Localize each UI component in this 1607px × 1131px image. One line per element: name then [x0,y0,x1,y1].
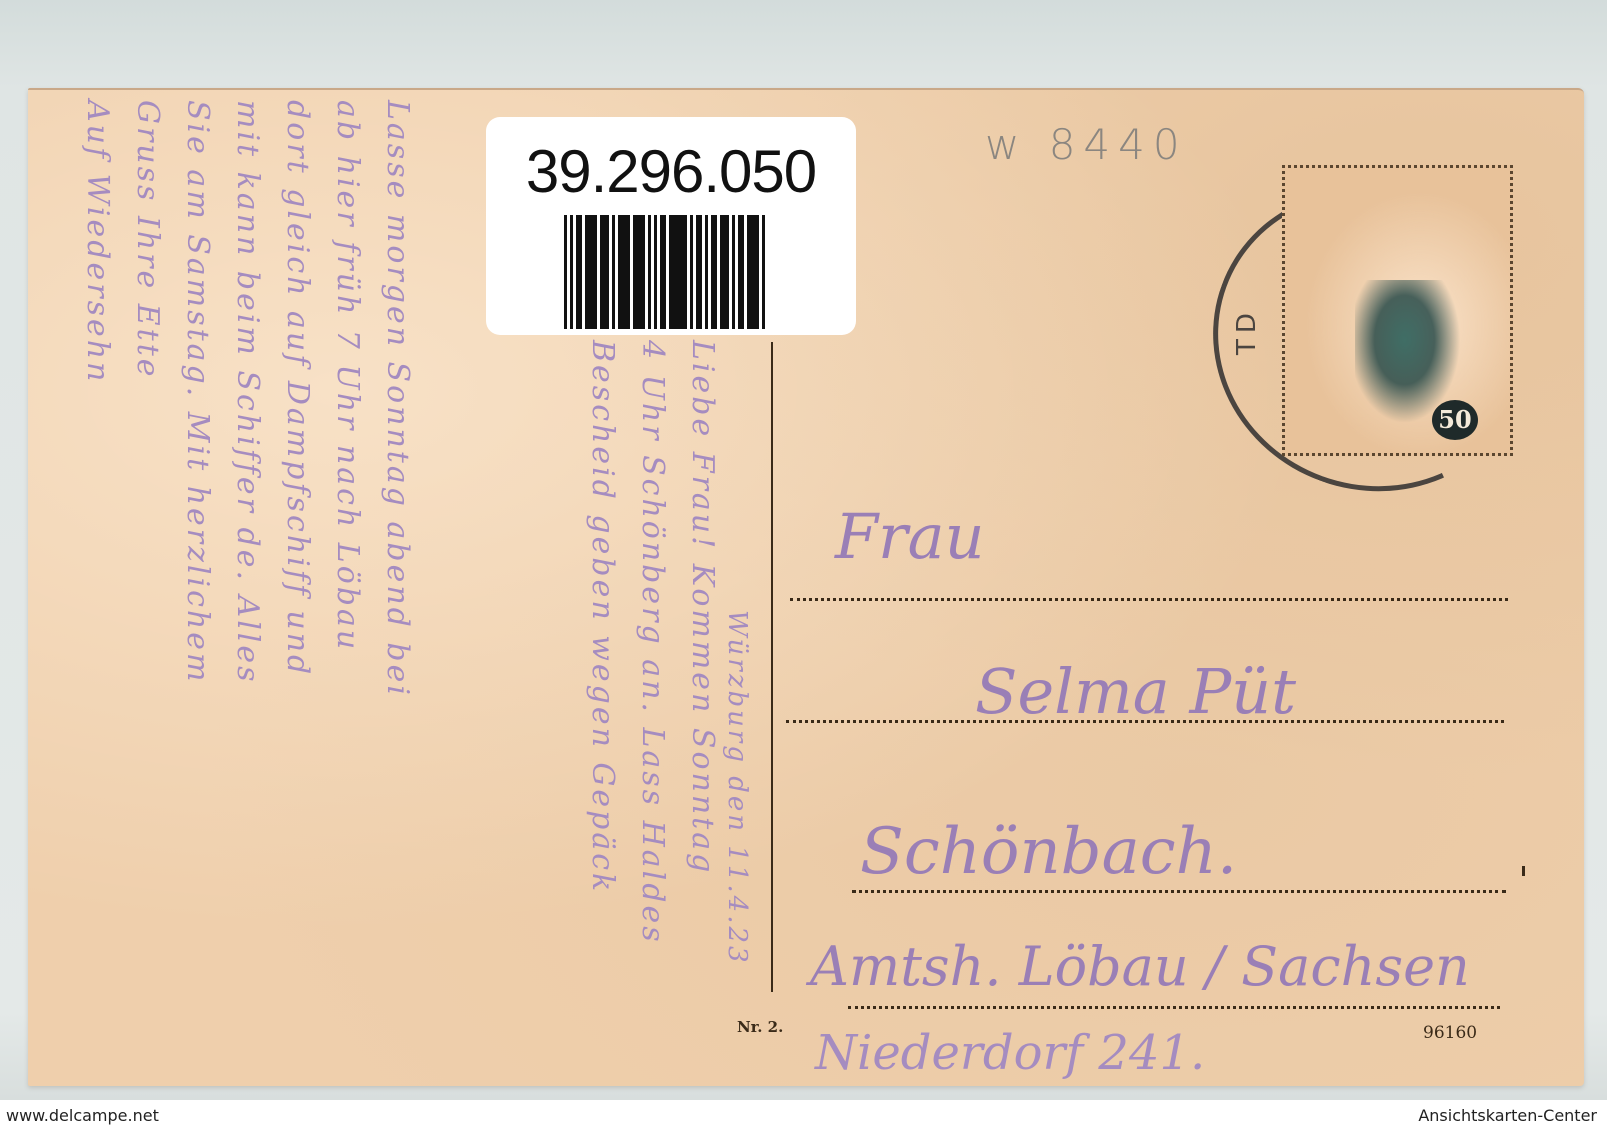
center-divider [771,342,773,992]
pencil-note: w 8440 [985,120,1188,169]
source-link[interactable]: www.delcampe.net [6,1106,159,1125]
address-salutation: Frau [835,500,985,573]
inventory-number: 39.296.050 [486,137,856,206]
message-line: Lasse morgen Sonntag abend bei [380,100,415,698]
message-line: ab hier früh 7 Uhr nach Löbau [330,100,365,652]
address-line-1 [790,598,1508,601]
address-name: Selma Püt [975,655,1296,728]
message-dateline: Würzburg den 11.4.23 [722,610,752,966]
message-line: 4 Uhr Schönberg an. Lass Haldes [635,340,670,945]
message-line: Bescheid geben wegen Gepäck [585,340,620,894]
address-line-3 [852,890,1506,893]
stamp-denomination: 50 [1432,400,1478,440]
message-line: Auf Wiedersehn [80,100,115,384]
edge-mark [1522,866,1525,876]
inventory-label: 39.296.050 [486,117,856,335]
barcode [564,215,780,329]
message-line: Gruss Ihre Ette [130,100,165,380]
address-street: Niederdorf 241. [815,1025,1205,1081]
postmark-text: TD [1232,307,1262,355]
address-district: Amtsh. Löbau / Sachsen [810,935,1470,998]
message-line: mit kann beim Schiffer de. Alles [230,100,265,685]
barcode-bar [762,215,765,329]
message-line: Sie am Samstag. Mit herzlichem [180,100,215,684]
series-number: Nr. 2. [737,1018,783,1036]
catalog-number: 96160 [1423,1023,1477,1043]
message-line: dort gleich auf Dampfschiff und [280,100,315,677]
seller-name: Ansichtskarten-Center [1418,1106,1597,1125]
address-town: Schönbach. [860,815,1237,889]
footer-bar: www.delcampe.net Ansichtskarten-Center [0,1100,1607,1131]
message-line: Liebe Frau! Kommen Sonntag [685,340,720,875]
address-line-4 [848,1006,1500,1009]
